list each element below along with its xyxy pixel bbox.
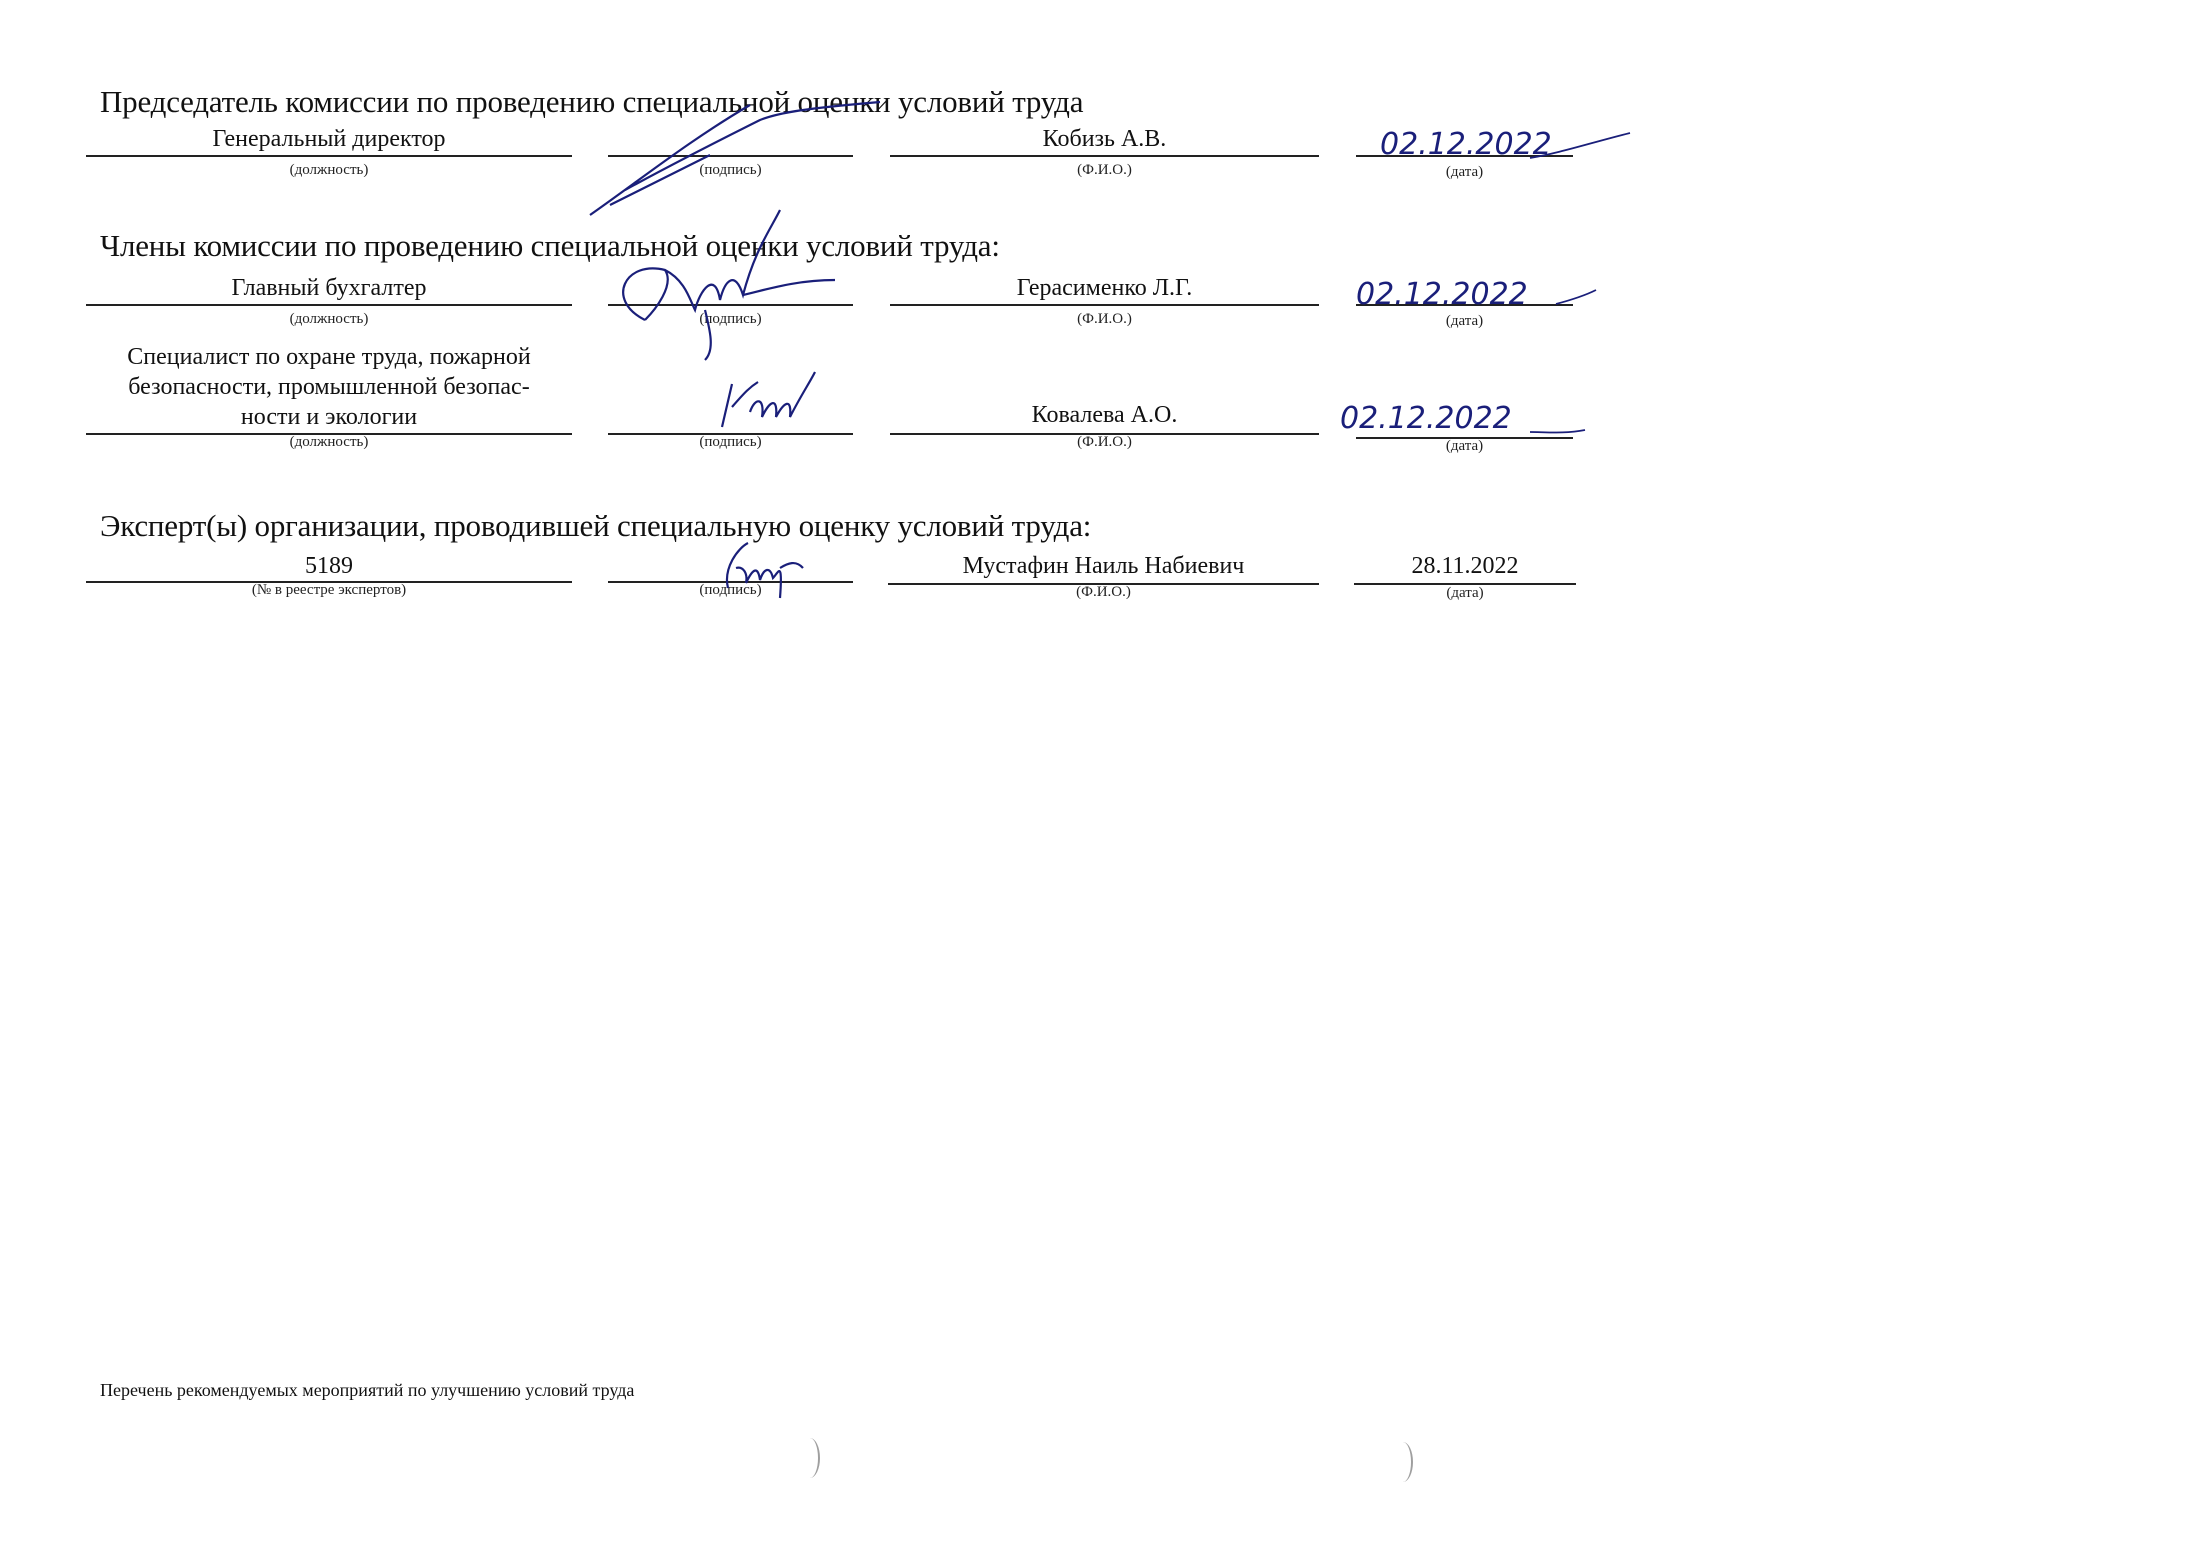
expert-date-caption: (дата) [1354, 585, 1576, 602]
member2-date-caption: (дата) [1356, 438, 1573, 455]
member1-name: Герасименко Л.Г. [890, 275, 1319, 302]
hole-punch-mark [1393, 1442, 1413, 1482]
member2-position: Специалист по охране труда, пожарной без… [86, 342, 572, 432]
member1-date-handwritten: 02.12.2022 [1356, 268, 1616, 318]
chair-name-line [890, 155, 1319, 157]
expert-date: 28.11.2022 [1354, 553, 1576, 580]
member2-signature-caption: (подпись) [608, 434, 853, 451]
member2-position-line1: Специалист по охране труда, пожарной [86, 342, 572, 372]
member1-position-caption: (должность) [86, 311, 572, 328]
member1-signature [605, 210, 845, 360]
svg-text:02.12.2022: 02.12.2022 [1340, 401, 1512, 436]
member1-date-caption: (дата) [1356, 313, 1573, 330]
expert-registry-caption: (№ в реестре экспертов) [86, 582, 572, 599]
expert-signature [718, 538, 808, 600]
member2-signature [710, 372, 830, 432]
expert-name-caption: (Ф.И.О.) [888, 584, 1319, 601]
member1-name-caption: (Ф.И.О.) [890, 311, 1319, 328]
member2-name-caption: (Ф.И.О.) [890, 434, 1319, 451]
hole-punch-mark [800, 1438, 820, 1478]
chair-name: Кобизь А.В. [890, 126, 1319, 153]
svg-text:02.12.2022: 02.12.2022 [1380, 127, 1552, 162]
chair-signature [580, 100, 900, 220]
member1-position: Главный бухгалтер [86, 275, 572, 302]
expert-name: Мустафин Наиль Набиевич [888, 553, 1319, 580]
experts-heading: Эксперт(ы) организации, проводившей спец… [100, 508, 1091, 544]
member1-name-line [890, 304, 1319, 306]
member1-position-line [86, 304, 572, 306]
member2-date-handwritten: 02.12.2022 [1340, 392, 1600, 442]
chair-position-caption: (должность) [86, 162, 572, 179]
member2-position-line2: безопасности, промышленной безопас- [86, 372, 572, 402]
member2-name: Ковалева А.О. [890, 402, 1319, 429]
chair-date-caption: (дата) [1356, 164, 1573, 181]
expert-registry-number: 5189 [86, 553, 572, 580]
svg-text:02.12.2022: 02.12.2022 [1356, 277, 1528, 312]
chair-position: Генеральный директор [86, 126, 572, 153]
member2-position-caption: (должность) [86, 434, 572, 451]
chair-name-caption: (Ф.И.О.) [890, 162, 1319, 179]
chair-position-line [86, 155, 572, 157]
footer-note: Перечень рекомендуемых мероприятий по ул… [100, 1380, 634, 1401]
member2-position-line3: ности и экологии [86, 402, 572, 432]
chair-date-handwritten: 02.12.2022 [1380, 118, 1640, 168]
members-heading: Члены комиссии по проведению специальной… [100, 228, 1000, 264]
